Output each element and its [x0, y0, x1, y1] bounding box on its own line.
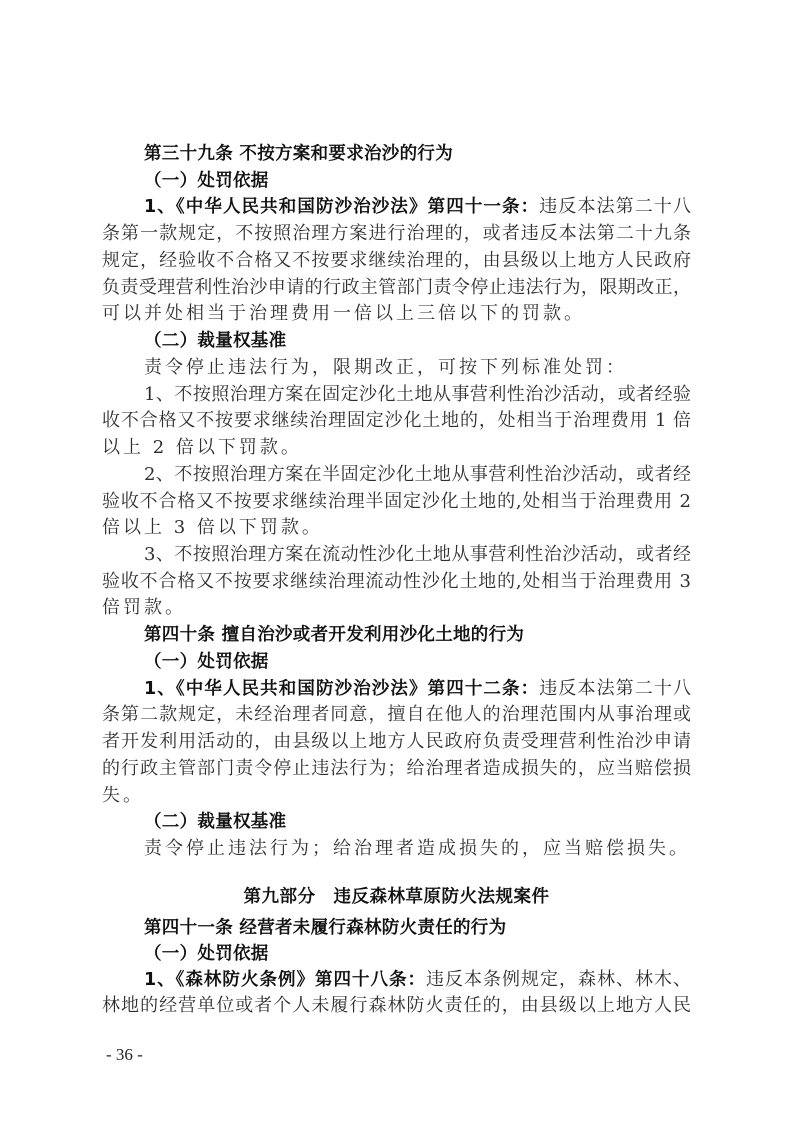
body-text-block-continued: 第四十一条 经营者未履行森林防火责任的行为 （一）处罚依据 1、《森林防火条例》… — [102, 915, 691, 1020]
article-39-discretion-item-3-line: 3、不按照治理方案在流动性沙化土地从事营利性治沙活动，或者经 — [102, 542, 691, 569]
article-39-basis-line: 负责受理营利性治沙申请的行政主管部门责令停止违法行为，限期改正， — [102, 275, 691, 302]
article-41-title: 第四十一条 经营者未履行森林防火责任的行为 — [102, 915, 691, 941]
article-40-basis-line: 条第二款规定，未经治理者同意，擅自在他人的治理范围内从事治理或 — [102, 702, 691, 729]
page-number: - 36 - — [106, 1044, 143, 1066]
article-41-basis-heading: （一）处罚依据 — [102, 941, 691, 967]
article-40-basis-heading: （一）处罚依据 — [102, 649, 691, 676]
article-39-discretion-item-1-line: 收不合格又不按要求继续治理固定沙化土地的，处相当于治理费用 1 倍 — [102, 408, 691, 435]
article-39-legal-citation: 1、《中华人民共和国防沙治沙法》第四十一条： — [144, 197, 539, 217]
article-40-legal-citation: 1、《中华人民共和国防沙治沙法》第四十二条： — [144, 679, 539, 699]
article-40-basis-line: 失。 — [102, 783, 691, 810]
article-39-discretion-item-3-line: 验收不合格又不按要求继续治理流动性沙化土地的,处相当于治理费用 3 — [102, 569, 691, 596]
article-39-title: 第三十九条 不按方案和要求治沙的行为 — [102, 141, 691, 168]
article-39-basis-line: 条第一款规定，不按照治理方案进行治理的，或者违反本法第二十九条 — [102, 221, 691, 248]
article-39-discretion-item-2-line: 倍以上 3 倍以下罚款。 — [102, 515, 691, 542]
article-41-legal-citation: 1、《森林防火条例》第四十八条： — [144, 970, 426, 990]
body-text-block: 第三十九条 不按方案和要求治沙的行为 （一）处罚依据 1、《中华人民共和国防沙治… — [102, 141, 691, 863]
article-39-discretion-item-1-line: 1、不按照治理方案在固定沙化土地从事营利性治沙活动，或者经验 — [102, 382, 691, 409]
article-39-discretion-item-2-line: 2、不按照治理方案在半固定沙化土地从事营利性治沙活动，或者经 — [102, 462, 691, 489]
article-40-discretion-heading: （二）裁量权基准 — [102, 809, 691, 836]
article-41-basis-line: 林地的经营单位或者个人未履行森林防火责任的，由县级以上地方人民 — [102, 993, 691, 1019]
article-39-basis-line: 规定，经验收不合格又不按要求继续治理的，由县级以上地方人民政府 — [102, 248, 691, 275]
article-41-basis-item-line: 1、《森林防火条例》第四十八条：违反本条例规定，森林、林木、 — [102, 967, 691, 993]
article-39-discretion-item-3-line: 倍罚款。 — [102, 595, 691, 622]
article-39-basis-line: 可以并处相当于治理费用一倍以上三倍以下的罚款。 — [102, 301, 691, 328]
article-39-discretion-item-1-line: 以上 2 倍以下罚款。 — [102, 435, 691, 462]
article-41-basis-text: 违反本条例规定，森林、林木、 — [426, 969, 691, 990]
article-40-basis-line: 者开发利用活动的，由县级以上地方人民政府负责受理营利性治沙申请 — [102, 729, 691, 756]
article-39-discretion-heading: （二）裁量权基准 — [102, 328, 691, 355]
article-40-basis-line: 的行政主管部门责令停止违法行为；给治理者造成损失的，应当赔偿损 — [102, 756, 691, 783]
article-40-basis-text: 违反本法第二十八 — [539, 678, 691, 699]
part-9-title: 第九部分 违反森林草原防火法规案件 — [102, 884, 691, 910]
article-40-basis-item-line: 1、《中华人民共和国防沙治沙法》第四十二条：违反本法第二十八 — [102, 676, 691, 703]
article-39-basis-heading: （一）处罚依据 — [102, 168, 691, 195]
article-39-discretion-intro: 责令停止违法行为，限期改正，可按下列标准处罚： — [102, 355, 691, 382]
article-40-discretion-text: 责令停止违法行为；给治理者造成损失的，应当赔偿损失。 — [102, 836, 691, 863]
article-39-basis-text: 违反本法第二十八 — [539, 196, 691, 217]
article-39-basis-item-line: 1、《中华人民共和国防沙治沙法》第四十一条：违反本法第二十八 — [102, 194, 691, 221]
article-39-discretion-item-2-line: 验收不合格又不按要求继续治理半固定沙化土地的,处相当于治理费用 2 — [102, 489, 691, 516]
document-page: 第三十九条 不按方案和要求治沙的行为 （一）处罚依据 1、《中华人民共和国防沙治… — [0, 0, 793, 1122]
article-40-title: 第四十条 擅自治沙或者开发利用沙化土地的行为 — [102, 622, 691, 649]
